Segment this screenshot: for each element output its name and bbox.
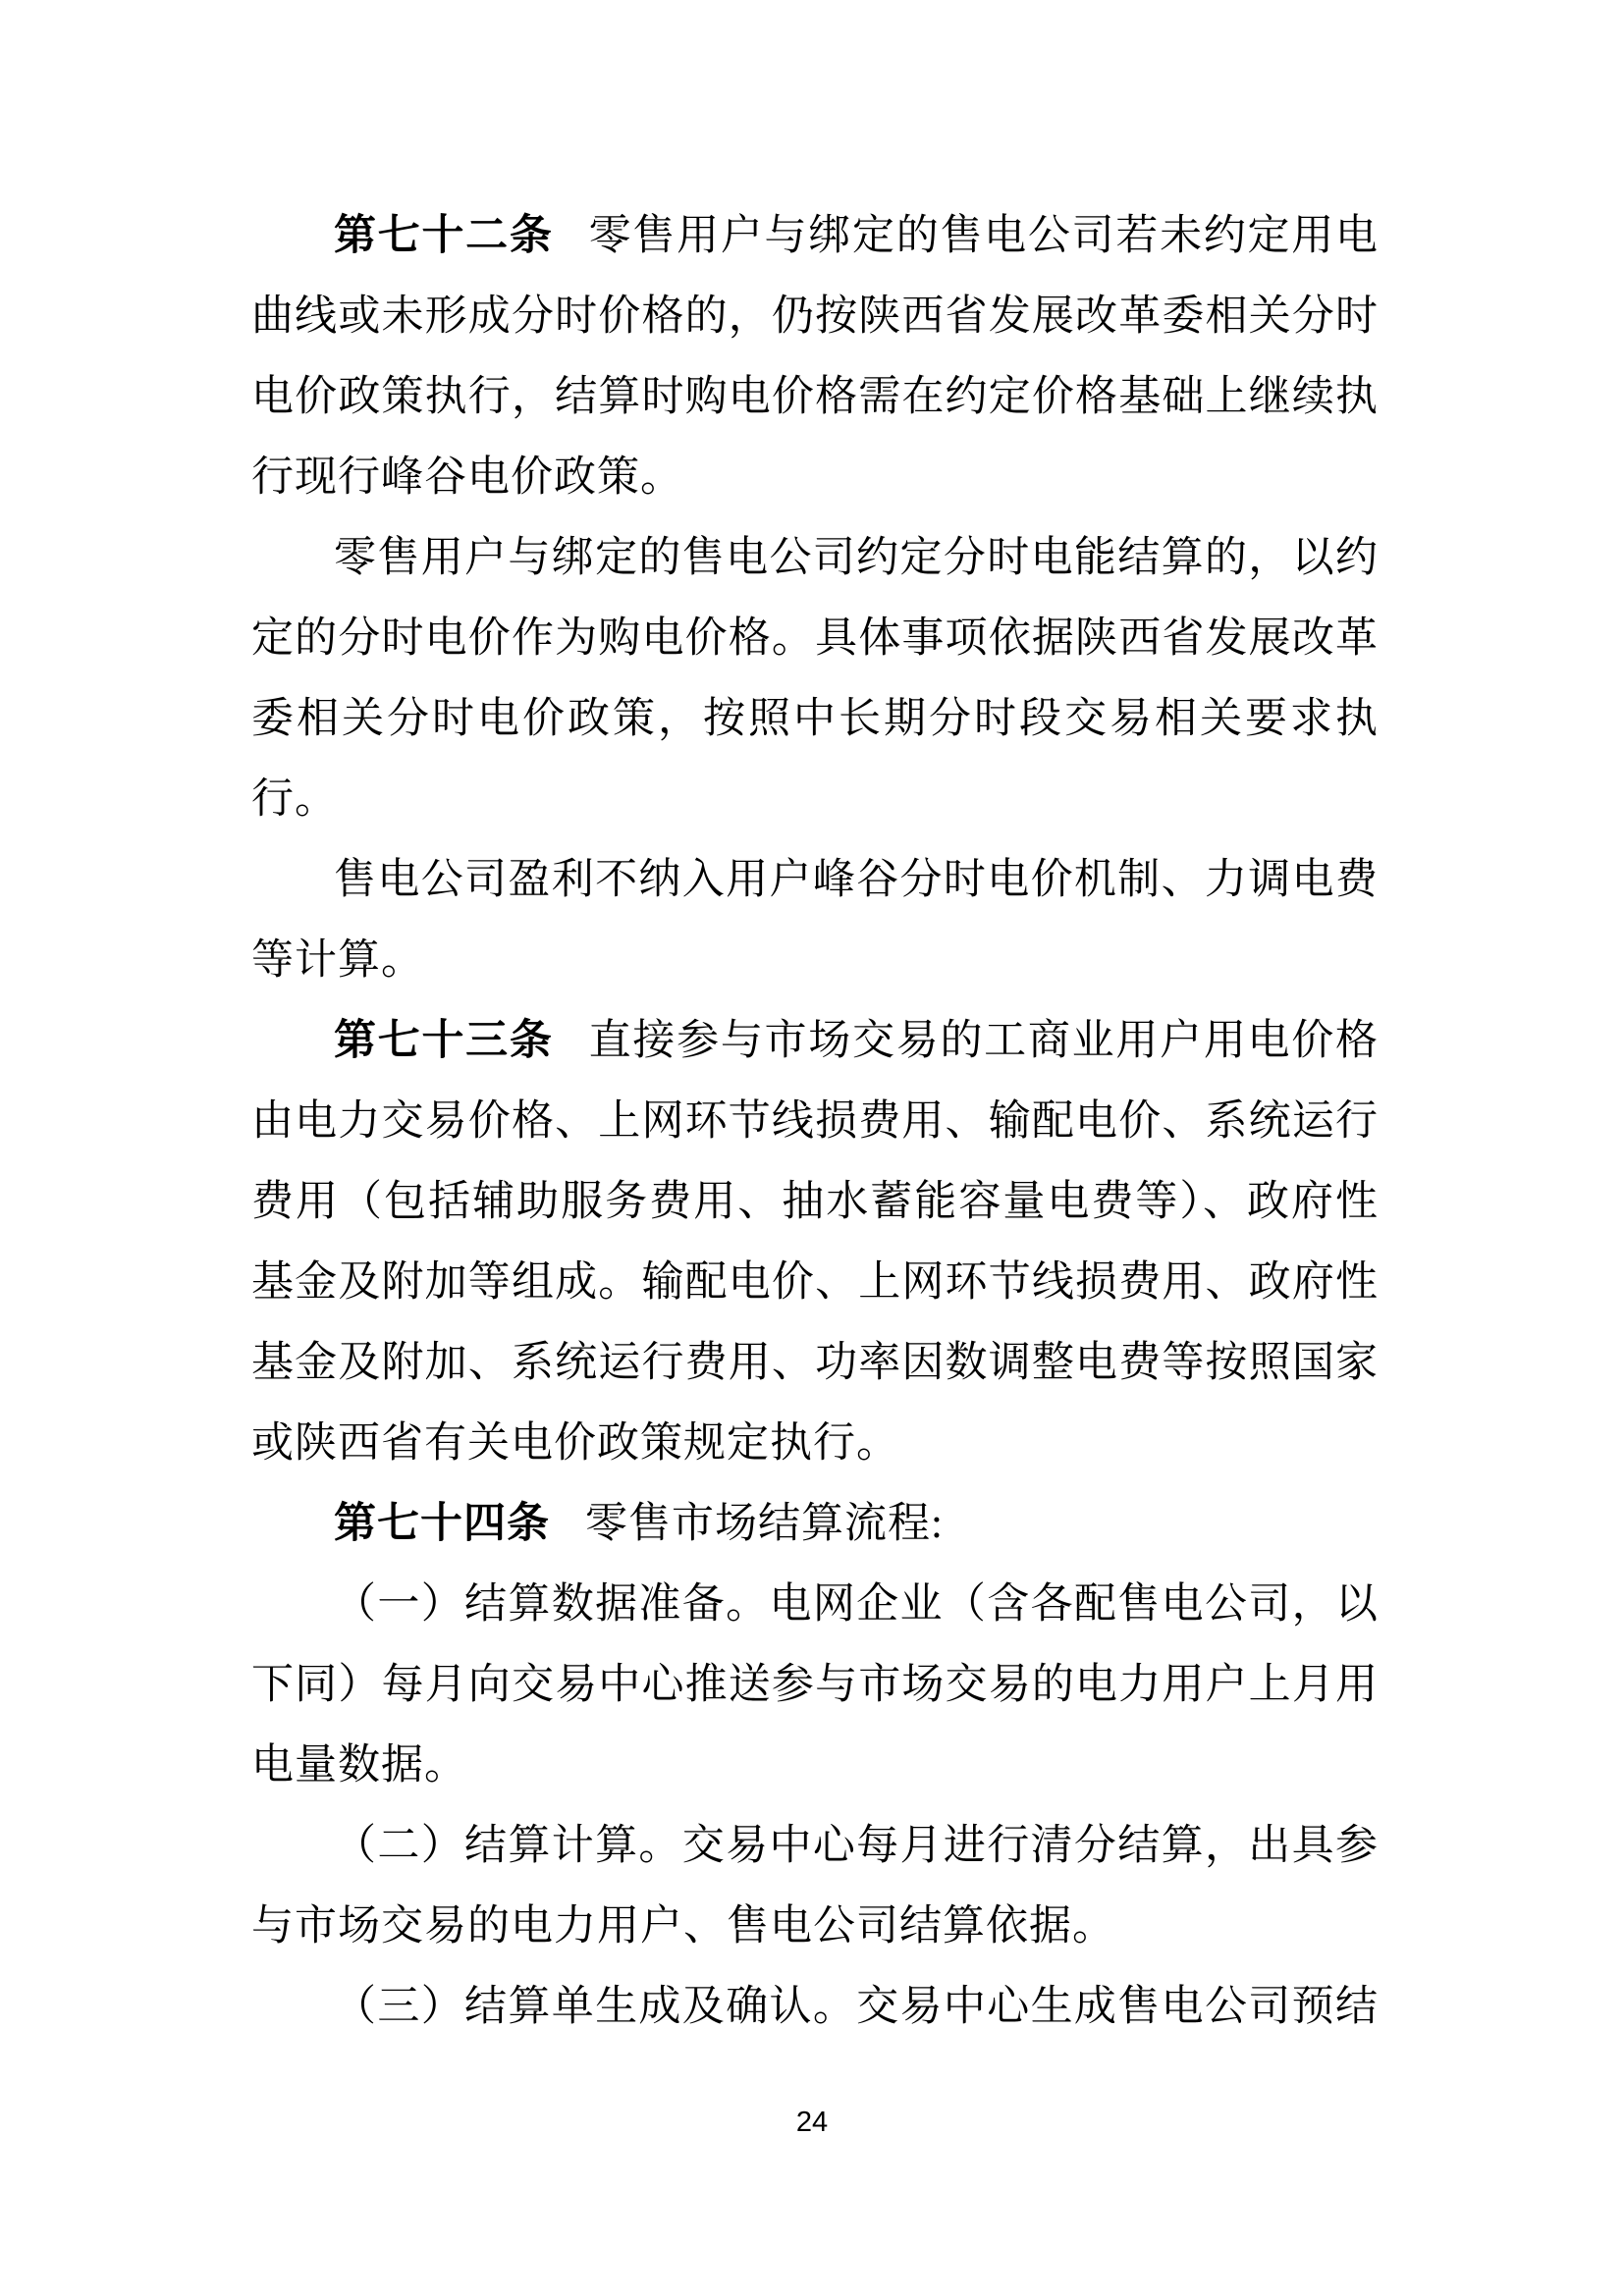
text-line: 基金及附加、系统运行费用、功率因数调整电费等按照国家 bbox=[251, 1323, 1379, 1404]
line-text: 零售市场结算流程: bbox=[585, 1501, 944, 1547]
text-line: 与市场交易的电力用户、售电公司结算依据。 bbox=[251, 1887, 1379, 1967]
text-line: 第七十四条零售市场结算流程: bbox=[251, 1484, 1379, 1565]
text-line: 第七十三条直接参与市场交易的工商业用户用电价格 bbox=[251, 1001, 1379, 1082]
article-number: 第七十二条 bbox=[334, 213, 554, 259]
text-line: 基金及附加等组成。输配电价、上网环节线损费用、政府性 bbox=[251, 1243, 1379, 1323]
text-line: 零售用户与绑定的售电公司约定分时电能结算的，以约 bbox=[251, 518, 1379, 599]
text-line: （二）结算计算。交易中心每月进行清分结算，出具参 bbox=[251, 1806, 1379, 1887]
text-line: 等计算。 bbox=[251, 921, 1379, 1001]
text-line: 售电公司盈利不纳入用户峰谷分时电价机制、力调电费 bbox=[251, 840, 1379, 921]
text-line: 曲线或未形成分时价格的，仍按陕西省发展改革委相关分时 bbox=[251, 277, 1379, 357]
text-line: 委相关分时电价政策，按照中长期分时段交易相关要求执 bbox=[251, 679, 1379, 760]
article-number: 第七十四条 bbox=[334, 1501, 550, 1547]
page-number: 24 bbox=[0, 2105, 1624, 2140]
line-text: 零售用户与绑定的售电公司若未约定用电 bbox=[589, 213, 1379, 259]
text-line: 由电力交易价格、上网环节线损费用、输配电价、系统运行 bbox=[251, 1082, 1379, 1162]
text-line: 费用（包括辅助服务费用、抽水蓄能容量电费等）、政府性 bbox=[251, 1162, 1379, 1243]
text-line: 电量数据。 bbox=[251, 1726, 1379, 1806]
text-block: 第七十二条零售用户与绑定的售电公司若未约定用电 曲线或未形成分时价格的，仍按陕西… bbox=[251, 196, 1379, 2048]
text-line: 定的分时电价作为购电价格。具体事项依据陕西省发展改革 bbox=[251, 599, 1379, 679]
text-line: 电价政策执行，结算时购电价格需在约定价格基础上继续执 bbox=[251, 357, 1379, 438]
text-line: （三）结算单生成及确认。交易中心生成售电公司预结 bbox=[251, 1967, 1379, 2048]
text-line: 第七十二条零售用户与绑定的售电公司若未约定用电 bbox=[251, 196, 1379, 277]
text-line: 行。 bbox=[251, 760, 1379, 840]
text-line: 下同）每月向交易中心推送参与市场交易的电力用户上月用 bbox=[251, 1645, 1379, 1726]
text-line: （一）结算数据准备。电网企业（含各配售电公司，以 bbox=[251, 1565, 1379, 1645]
text-line: 行现行峰谷电价政策。 bbox=[251, 438, 1379, 518]
text-line: 或陕西省有关电价政策规定执行。 bbox=[251, 1404, 1379, 1484]
document-page: 第七十二条零售用户与绑定的售电公司若未约定用电 曲线或未形成分时价格的，仍按陕西… bbox=[0, 0, 1624, 2296]
article-number: 第七十三条 bbox=[334, 1018, 554, 1064]
line-text: 直接参与市场交易的工商业用户用电价格 bbox=[589, 1018, 1379, 1064]
